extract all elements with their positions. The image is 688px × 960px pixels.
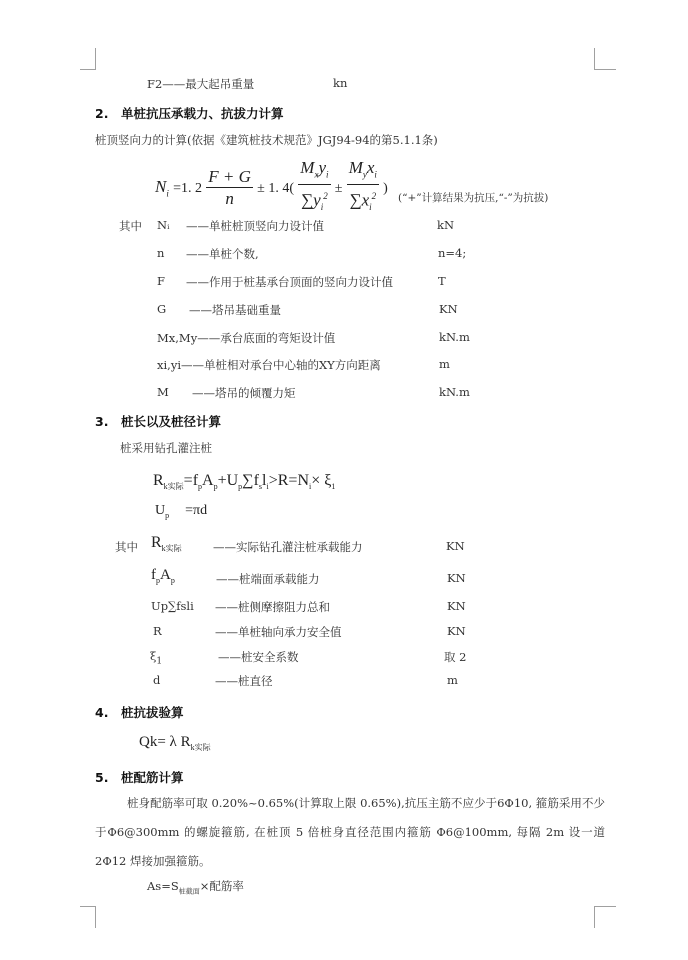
definition-symbol: Nᵢ: [157, 218, 169, 232]
definition-symbol: R: [153, 624, 162, 638]
pile-capacity-formula: Rk实际=fpAp+Up∑fsli>R=Ni× ξ1: [153, 472, 335, 492]
definition-symbol: d: [153, 673, 160, 687]
definition-symbol: ξ1: [150, 649, 162, 666]
definition-desc: ——实际钻孔灌注桩承载能力: [213, 539, 363, 555]
formula-close: ): [383, 181, 388, 196]
den: ∑x: [349, 191, 369, 210]
sym-sub: k实际: [162, 544, 182, 553]
definition-unit: T: [438, 274, 446, 288]
section-5-heading: 5.桩配筋计算: [95, 768, 184, 786]
sub: 桩截面: [179, 887, 200, 895]
definition-symbol: F: [157, 274, 165, 288]
definition-unit: KN: [447, 571, 466, 585]
sym: R: [151, 534, 162, 551]
sum: ∑f: [242, 472, 259, 489]
reinforcement-paragraph: 桩身配筋率可取 0.20%~0.65%(计算取上限 0.65%),抗压主筋不应少…: [95, 789, 605, 876]
section-number: 4.: [95, 705, 121, 720]
definition-symbol: n: [157, 246, 164, 260]
corner-mark-top-left: [80, 48, 96, 70]
section-3-heading: 3.桩长以及桩径计算: [95, 412, 221, 430]
definition-symbol: Up∑fsli: [151, 599, 194, 613]
perimeter-formula: Up=πd: [155, 503, 207, 520]
definition-symbol: G: [157, 302, 166, 316]
section-title: 单桩抗压承载力、抗拔力计算: [121, 106, 284, 121]
definition-desc: ——单桩个数,: [186, 246, 259, 262]
sym-sub: 1: [156, 656, 162, 666]
eq: = λ R: [157, 734, 190, 750]
section-3-intro: 桩采用钻孔灌注桩: [120, 440, 212, 456]
where-label: 其中: [115, 539, 138, 555]
xi-sub: 1: [331, 482, 335, 491]
definition-symbol: xi,yi: [157, 358, 181, 372]
definition-desc: ——单桩桩顶竖向力设计值: [186, 218, 324, 234]
den-sub: i: [321, 202, 324, 212]
pile-force-formula: Ni =1. 2 F + G n ± 1. 4( Mxyi ∑yi2 ± Myx…: [155, 158, 388, 218]
definition-unit: KN: [447, 624, 466, 638]
definition-unit: KN: [447, 599, 466, 613]
formula-lhs: N: [155, 177, 166, 196]
den: ∑y: [301, 191, 321, 210]
u-sub: p: [165, 511, 169, 520]
den-sup: 2: [323, 191, 328, 201]
definition-desc: ——作用于桩基承台顶面的竖向力设计值: [186, 274, 393, 290]
definition-symbol: fpAp: [151, 567, 175, 585]
times: × ξ: [311, 472, 331, 489]
fraction-my: Myxi ∑xi2: [347, 158, 379, 218]
eq: =f: [184, 472, 198, 489]
definition-unit: kN.m: [439, 385, 470, 399]
definition-unit: m: [439, 357, 450, 371]
formula-pm: ±: [335, 181, 343, 196]
fraction-fg-n: F + G n: [206, 167, 253, 210]
section-number: 2.: [95, 106, 121, 121]
section-number: 5.: [95, 770, 121, 785]
definition-symbol: Rk实际: [151, 534, 182, 554]
formula-sub: i: [166, 189, 169, 199]
formula-note: (“+”计算结果为抗压,“-”为抗拔): [398, 190, 548, 205]
section-title: 桩抗拔验算: [121, 705, 184, 720]
section-title: 桩配筋计算: [121, 770, 184, 785]
num-a: M: [349, 158, 363, 177]
intro-definition-line: F2——最大起吊重量: [147, 76, 254, 92]
definition-unit: m: [447, 673, 458, 687]
definition-unit: 取 2: [444, 649, 466, 665]
r-sub: k实际: [164, 482, 184, 491]
definition-desc: ——桩直径: [215, 673, 273, 689]
den-sub: i: [369, 202, 372, 212]
eq: =πd: [185, 503, 207, 518]
definition-desc: ——塔吊基础重量: [189, 302, 281, 318]
a: A: [202, 472, 214, 489]
definition-unit: KN: [439, 302, 458, 316]
lhs: Qk: [139, 734, 157, 750]
section-2-heading: 2.单桩抗压承载力、抗拔力计算: [95, 104, 284, 122]
definition-desc: ——桩安全系数: [218, 649, 299, 665]
description: 最大起吊重量: [185, 77, 254, 91]
definition-desc: ——桩端面承载能力: [216, 571, 320, 587]
section-2-intro: 桩顶竖向力的计算(依据《建筑桩技术规范》JGJ94-94的第5.1.1条): [95, 132, 438, 148]
where-label: 其中: [119, 218, 142, 234]
definition-symbol: M: [157, 385, 169, 399]
gt: >R=N: [269, 472, 309, 489]
steel-area-formula: As=S桩截面×配筋率: [147, 878, 244, 896]
fraction-denominator: n: [206, 188, 253, 210]
section-number: 3.: [95, 414, 121, 429]
definition-unit: kN.m: [439, 330, 470, 344]
definition-line: Mx,My——承台底面的弯矩设计值: [157, 330, 335, 346]
definition-unit: n=4;: [438, 246, 466, 260]
formula-coef2: ± 1. 4(: [257, 181, 294, 196]
definition-unit: KN: [446, 539, 465, 553]
definition-desc: ——承台底面的弯矩设计值: [197, 331, 335, 345]
r: R: [153, 472, 164, 489]
definition-desc: ——桩侧摩擦阻力总和: [215, 599, 330, 615]
intro-unit: kn: [333, 76, 347, 90]
num-b: y: [318, 158, 326, 177]
definition-desc: ——单桩轴向承力安全值: [215, 624, 342, 640]
u: U: [155, 503, 165, 518]
sym2-sub: p: [171, 576, 175, 585]
definition-unit: kN: [437, 218, 454, 232]
sym2: A: [160, 567, 171, 583]
definition-desc: ——塔吊的倾覆力矩: [192, 385, 296, 401]
definition-line: xi,yi——单桩相对承台中心轴的XY方向距离: [157, 357, 381, 373]
section-title: 桩长以及桩径计算: [121, 414, 221, 429]
corner-mark-bottom-right: [594, 906, 616, 928]
formula-coef: =1. 2: [173, 181, 202, 196]
num-b-sub: i: [374, 169, 377, 179]
definition-symbol: Mx,My: [157, 331, 197, 345]
sub: k实际: [191, 743, 211, 752]
den-sup: 2: [372, 191, 377, 201]
fraction-mx: Mxyi ∑yi2: [298, 158, 330, 218]
symbol: F2: [147, 77, 162, 91]
uplift-formula: Qk= λ Rk实际: [139, 734, 211, 753]
dash: ——: [162, 77, 185, 91]
corner-mark-top-right: [594, 48, 616, 70]
corner-mark-bottom-left: [80, 906, 96, 928]
plus: +U: [218, 472, 239, 489]
definition-desc: ——单桩相对承台中心轴的XY方向距离: [181, 358, 381, 372]
lhs: As=S: [147, 879, 179, 893]
rhs: ×配筋率: [200, 879, 244, 893]
fraction-numerator: F + G: [206, 167, 253, 188]
num-a: M: [300, 158, 314, 177]
section-4-heading: 4.桩抗拔验算: [95, 703, 184, 721]
num-b-sub: i: [326, 169, 329, 179]
